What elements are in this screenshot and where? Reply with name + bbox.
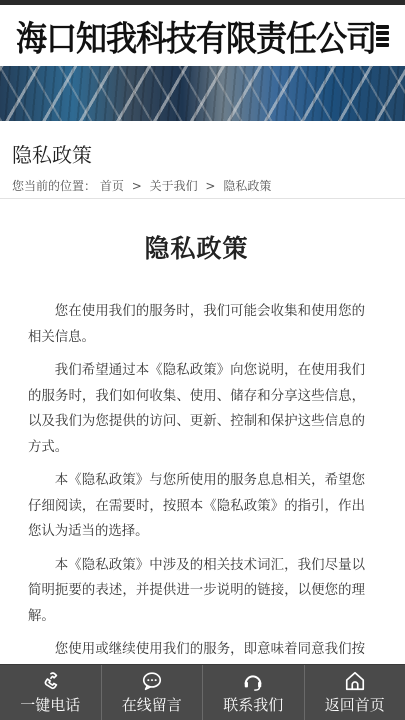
breadcrumb: 您当前的位置： 首页 > 关于我们 > 隐私政策	[0, 171, 405, 199]
nav-message-button[interactable]: 在线留言	[102, 665, 204, 720]
nav-label: 一键电话	[20, 694, 80, 715]
breadcrumb-prefix: 您当前的位置：	[12, 179, 96, 193]
nav-label: 返回首页	[325, 694, 385, 715]
menu-bar	[376, 37, 389, 41]
article-paragraph: 我们希望通过本《隐私政策》向您说明，在使用我们的服务时，我们如何收集、使用、储存…	[28, 358, 365, 460]
site-header: 海口知我科技有限责任公司	[0, 5, 405, 66]
phone-icon	[39, 670, 61, 692]
hamburger-menu-icon[interactable]	[376, 25, 389, 47]
home-icon	[344, 670, 366, 692]
article-content: 隐私政策 您在使用我们的服务时，我们可能会收集和使用您的相关信息。 我们希望通过…	[0, 199, 405, 688]
breadcrumb-home[interactable]: 首页	[100, 179, 124, 193]
breadcrumb-current[interactable]: 隐私政策	[223, 179, 271, 193]
bottom-nav: 一键电话 在线留言 联系我们	[0, 664, 405, 720]
nav-label: 联系我们	[223, 694, 283, 715]
company-logo-text[interactable]: 海口知我科技有限责任公司	[16, 10, 376, 60]
chat-bubble-icon	[141, 670, 163, 692]
article-title: 隐私政策	[28, 199, 365, 299]
article-paragraph: 本《隐私政策》中涉及的相关技术词汇，我们尽量以简明扼要的表述，并提供进一步说明的…	[28, 553, 365, 630]
banner-image	[0, 66, 405, 121]
menu-bar	[376, 43, 389, 47]
headset-icon	[242, 670, 264, 692]
article-paragraph: 您在使用我们的服务时，我们可能会收集和使用您的相关信息。	[28, 299, 365, 350]
section-title: 隐私政策	[0, 121, 405, 171]
menu-bar	[376, 25, 389, 29]
nav-home-button[interactable]: 返回首页	[305, 665, 405, 720]
breadcrumb-about[interactable]: 关于我们	[150, 179, 198, 193]
breadcrumb-separator: >	[205, 179, 215, 193]
breadcrumb-separator: >	[132, 179, 142, 193]
nav-contact-button[interactable]: 联系我们	[203, 665, 305, 720]
nav-call-button[interactable]: 一键电话	[0, 665, 102, 720]
article-paragraph: 本《隐私政策》与您所使用的服务息息相关，希望您仔细阅读，在需要时，按照本《隐私政…	[28, 468, 365, 545]
nav-label: 在线留言	[122, 694, 182, 715]
menu-bar	[376, 31, 389, 35]
